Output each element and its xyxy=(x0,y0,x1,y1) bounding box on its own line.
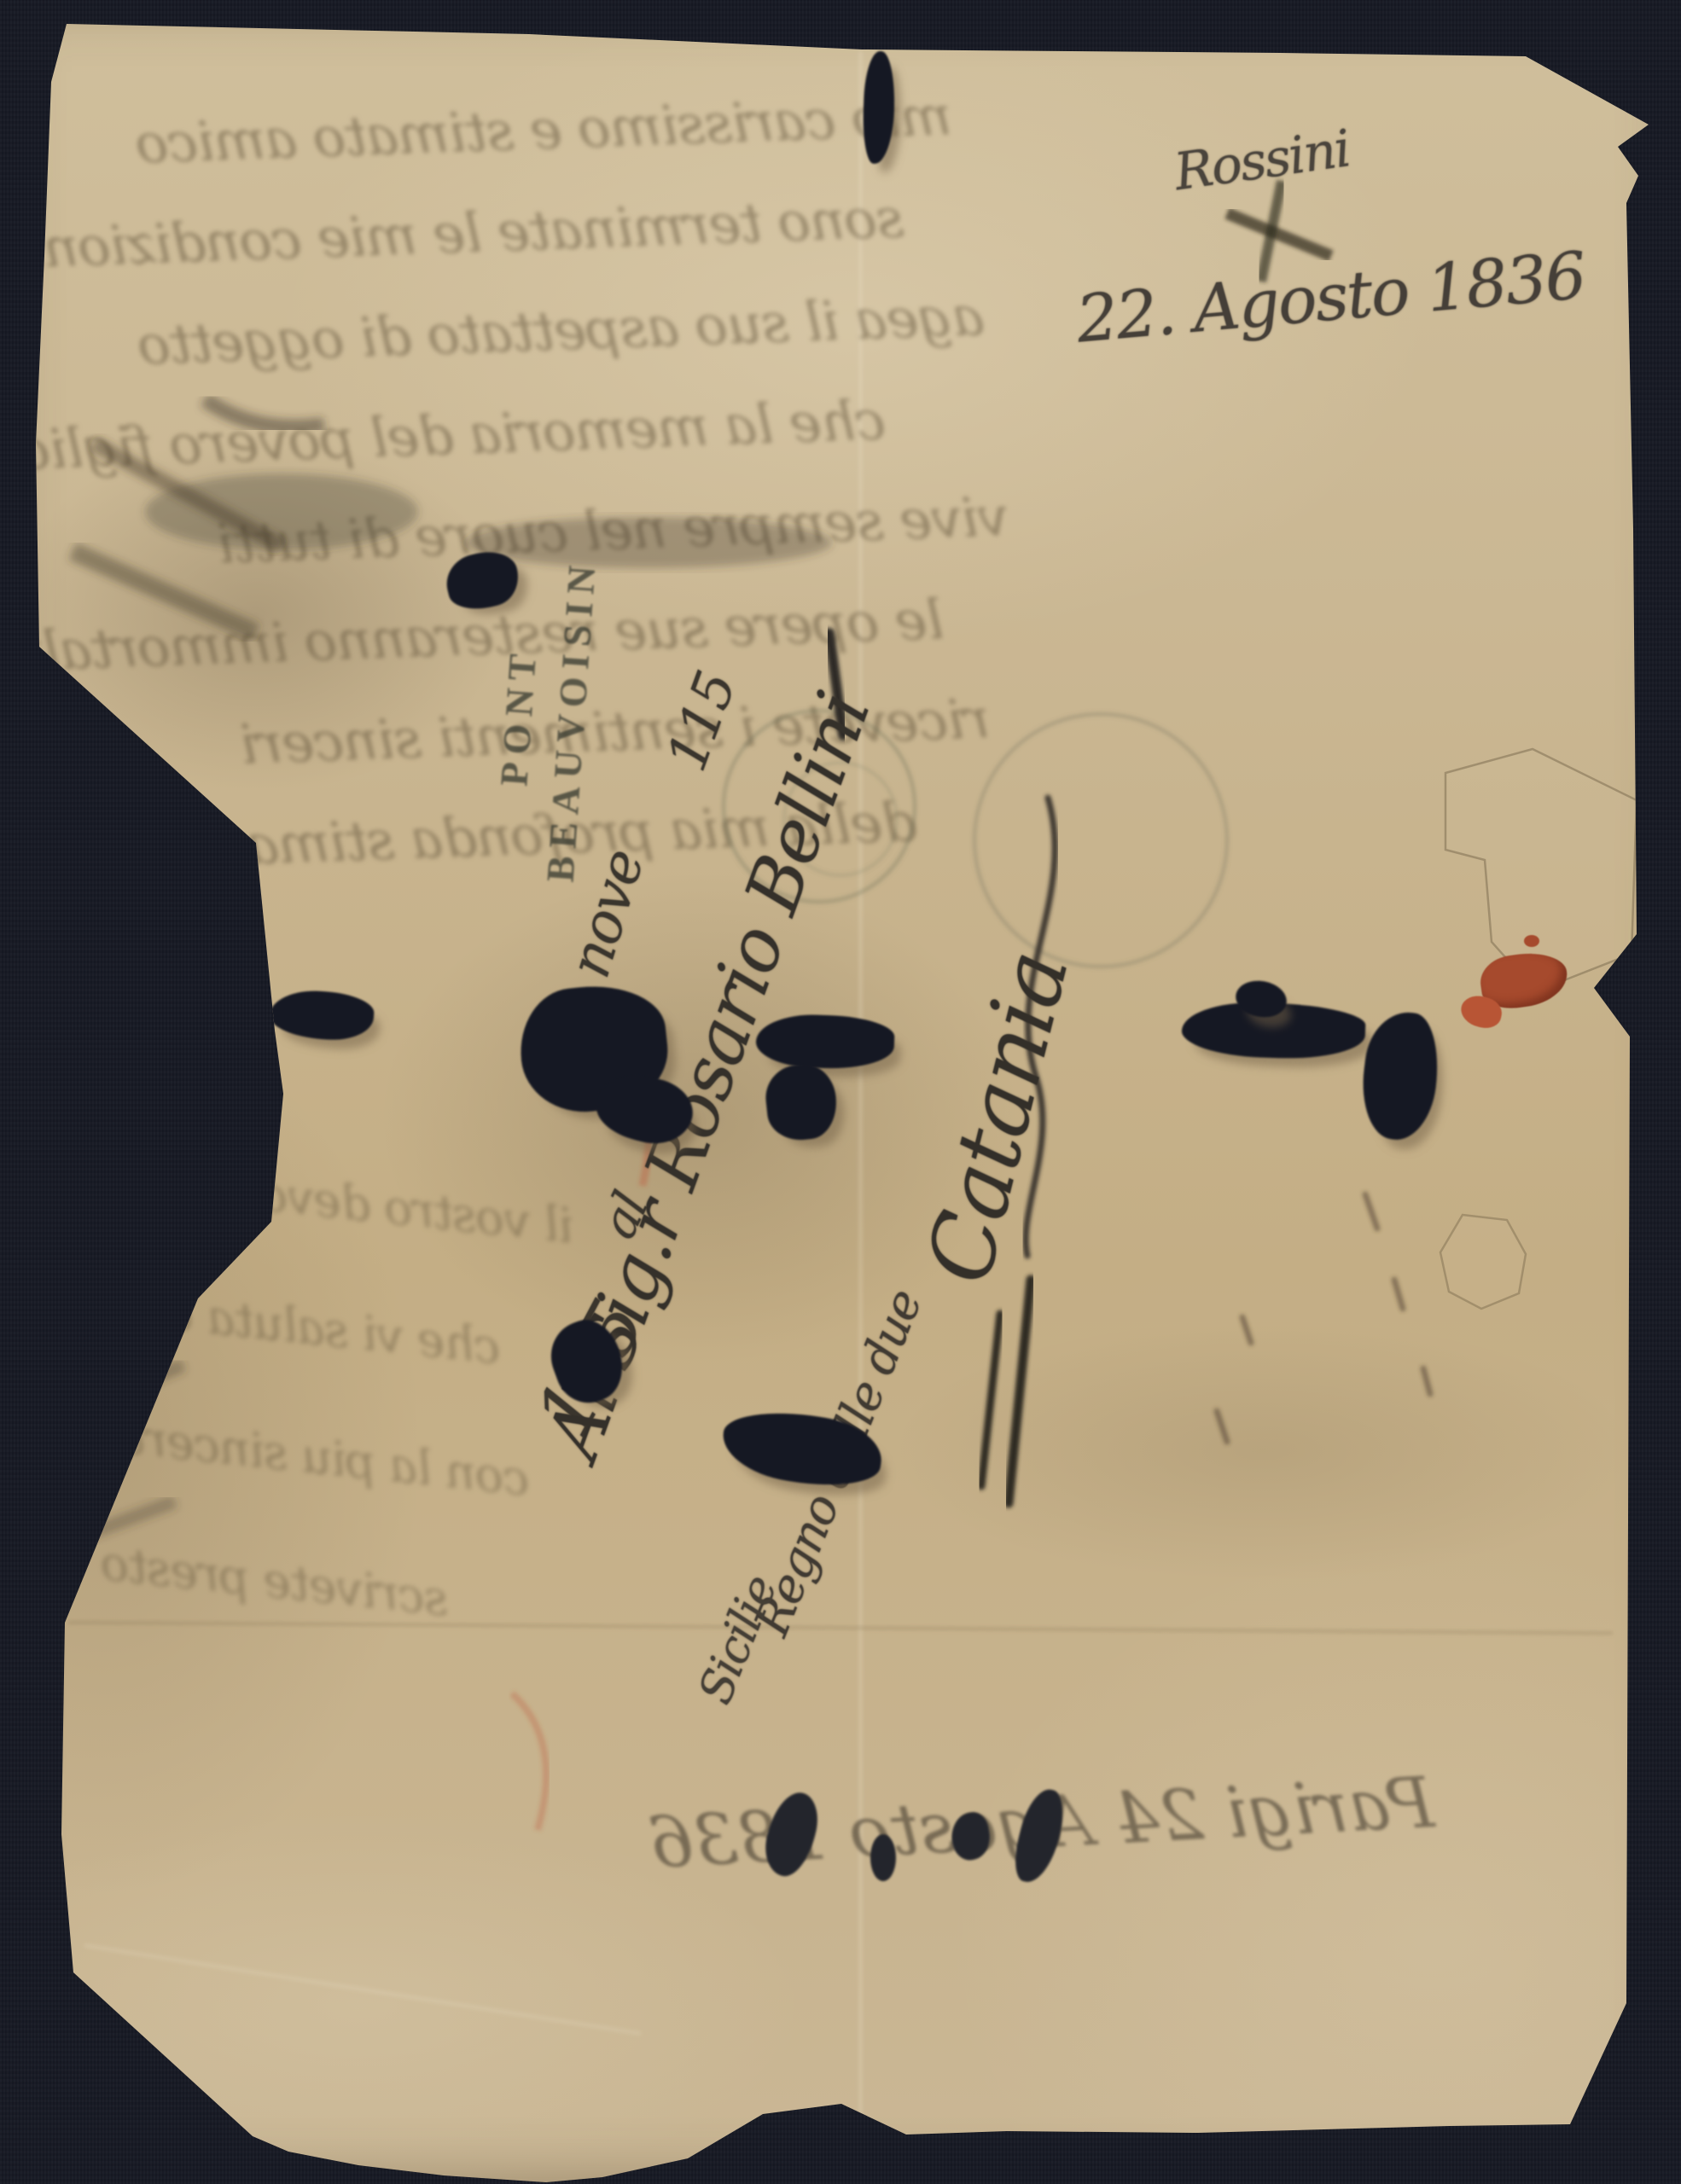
ink-blot xyxy=(870,1834,896,1881)
wax-seal-fragment xyxy=(1524,935,1539,947)
